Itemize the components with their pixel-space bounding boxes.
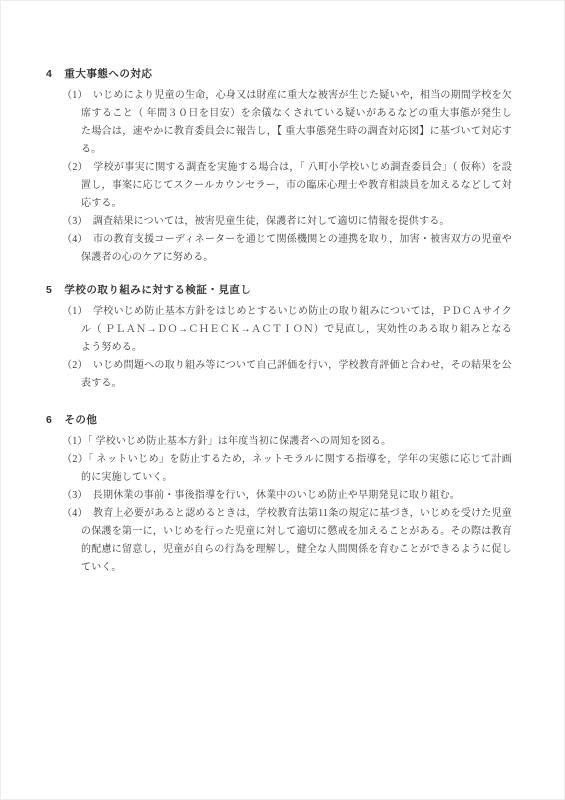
item-marker: （3）	[62, 216, 83, 227]
list-item: （2）「 ネットいじめ」を防止するため，ネットモラルに関する指導を，学年の実態に…	[46, 451, 512, 487]
item-text: 学校いじめ防止基本方針をはじめとするいじめ防止の取り組みについては，ＰＤＣＡサイ…	[81, 306, 512, 353]
list-item: （1） いじめにより児童の生命，心身又は財産に重大な被害が生じた疑いや，相当の期…	[46, 87, 512, 159]
list-item: （3） 長期休業の事前・事後指導を行い，休業中のいじめ防止や早期発見に取り組む。	[46, 487, 512, 505]
section-heading: 6その他	[46, 411, 512, 429]
item-marker: （2）	[62, 162, 83, 173]
item-marker: （2）	[62, 360, 83, 371]
item-marker: （3）	[62, 490, 83, 501]
list-item: （2） いじめ問題への取り組み等について自己評価を行い，学校教育評価と合わせ，そ…	[46, 357, 512, 393]
section-number: 4	[46, 65, 52, 83]
item-text: 市の教育支援コーディネーターを通じて関係機関との連携を取り，加害・被害双方の児童…	[81, 234, 512, 263]
section-emergency-response: 4重大事態への対応 （1） いじめにより児童の生命，心身又は財産に重大な被害が生…	[46, 65, 512, 267]
section-title: 学校の取り組みに対する検証・見直し	[64, 284, 251, 296]
item-text: いじめにより児童の生命，心身又は財産に重大な被害が生じた疑いや，相当の期間学校を…	[81, 90, 512, 155]
item-text: 学校が事実に関する調査を実施する場合は，「 八町小学校いじめ調査委員会」（ 仮称…	[81, 162, 512, 209]
item-marker: （1）	[62, 90, 83, 101]
section-others: 6その他 （1）「 学校いじめ防止基本方針」は年度当初に保護者への周知を図る。 …	[46, 411, 512, 577]
section-heading: 4重大事態への対応	[46, 65, 512, 83]
section-title: その他	[64, 414, 97, 426]
section-review-revision: 5学校の取り組みに対する検証・見直し （1） 学校いじめ防止基本方針をはじめとす…	[46, 281, 512, 393]
item-text: 長期休業の事前・事後指導を行い，休業中のいじめ防止や早期発見に取り組む。	[83, 490, 460, 501]
list-item: （4） 市の教育支援コーディネーターを通じて関係機関との連携を取り，加害・被害双…	[46, 231, 512, 267]
list-item: （2） 学校が事実に関する調査を実施する場合は，「 八町小学校いじめ調査委員会」…	[46, 159, 512, 213]
section-number: 5	[46, 281, 52, 299]
item-marker: （1）	[62, 306, 83, 317]
item-text: 調査結果については，被害児童生徒，保護者に対して適切に情報を提供する。	[83, 216, 450, 227]
item-text: いじめ問題への取り組み等について自己評価を行い，学校教育評価と合わせ，その結果を…	[81, 360, 512, 389]
item-marker: （1）	[62, 436, 88, 447]
item-marker: （4）	[62, 508, 83, 519]
list-item: （3） 調査結果については，被害児童生徒，保護者に対して適切に情報を提供する。	[46, 213, 512, 231]
list-item: （1） 学校いじめ防止基本方針をはじめとするいじめ防止の取り組みについては，ＰＤ…	[46, 303, 512, 357]
item-text: 「 ネットいじめ」を防止するため，ネットモラルに関する指導を，学年の実態に応じて…	[81, 454, 512, 483]
item-text: 「 学校いじめ防止基本方針」は年度当初に保護者への周知を図る。	[88, 436, 392, 447]
list-item: （1）「 学校いじめ防止基本方針」は年度当初に保護者への周知を図る。	[46, 433, 512, 451]
item-marker: （4）	[62, 234, 83, 245]
list-item: （4） 教育上必要があると認めるときは，学校教育法第11条の規定に基づき，いじめ…	[46, 505, 512, 577]
section-heading: 5学校の取り組みに対する検証・見直し	[46, 281, 512, 299]
document-page: 4重大事態への対応 （1） いじめにより児童の生命，心身又は財産に重大な被害が生…	[0, 0, 565, 800]
section-title: 重大事態への対応	[64, 68, 152, 80]
item-text: 教育上必要があると認めるときは，学校教育法第11条の規定に基づき，いじめを受けた…	[81, 508, 512, 573]
section-number: 6	[46, 411, 52, 429]
item-marker: （2）	[62, 454, 88, 465]
